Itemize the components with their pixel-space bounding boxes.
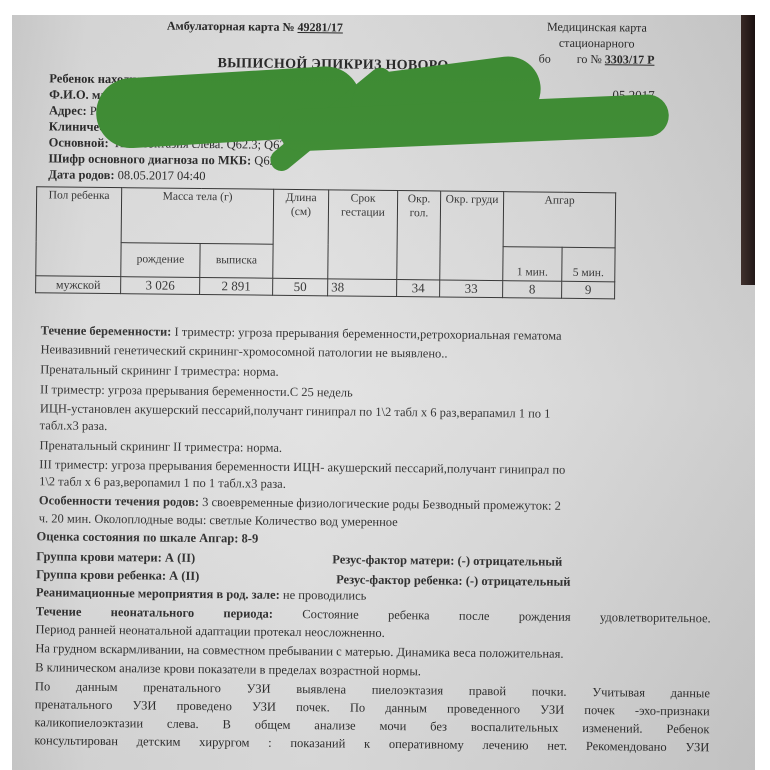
main-diagnosis-label: Основной: [49, 135, 109, 150]
medical-card-line2: стационарного [517, 34, 677, 52]
cell-gestation: 38 [328, 279, 397, 297]
child-rh-factor: Резус-фактор ребенка: (-) отрицательный [336, 571, 571, 590]
discharge-summary-page: Амбулаторная карта № 49281/17 Медицинска… [12, 15, 742, 770]
name-label: Ф.И.О. [49, 87, 89, 101]
cell-head-circumference: 34 [397, 280, 440, 297]
pregnancy-line-3: Пренатальный скрининг I триместра: норма… [40, 361, 279, 380]
cell-chest-circumference: 33 [440, 280, 503, 298]
neonatal-line-2: Период ранней неонатальной адаптации про… [35, 621, 384, 642]
address-field: Адрес: Р [49, 103, 97, 118]
labor-text: 3 своевременные физиологические роды Без… [202, 495, 561, 513]
medical-card-line3: бого № 3303/17 Р [516, 50, 676, 68]
birth-date: Дата родов: 08.05.2017 04:40 [48, 167, 205, 184]
background-edge [741, 15, 755, 285]
cell-apgar-5min: 9 [562, 281, 615, 299]
apgar-score-label: Оценка состояния по шкале Апгар: [36, 529, 238, 545]
medical-card-block: Медицинская карта стационарного бого № 3… [516, 18, 676, 68]
table-header-row: Пол ребенка Масса тела (г) Длина (см) Ср… [36, 187, 616, 248]
header-weight: Масса тела (г) [121, 188, 274, 244]
pregnancy-line-5: ИЦН-установлен акушерский пессарий,получ… [40, 400, 551, 422]
cell-sex: мужской [36, 276, 121, 294]
resuscitation: Реанимационные мероприятия в род. зале: … [36, 584, 367, 604]
cell-weight-discharge: 2 891 [200, 277, 273, 295]
ambulatory-card: Амбулаторная карта № 49281/17 [167, 19, 343, 36]
header-length: Длина (см) [273, 189, 329, 279]
document-photo: Амбулаторная карта № 49281/17 Медицинска… [12, 15, 755, 770]
header-chest-circumference: Окр. груди [440, 191, 504, 281]
pregnancy-label: Течение беременности: [41, 323, 172, 338]
medical-card-suffix: го № [577, 52, 602, 66]
neonatal-text: Состояние ребенка после рождения удовлет… [302, 607, 711, 625]
resuscitation-value: не проводились [283, 588, 367, 603]
pregnancy-text: I триместр: угроза прерывания беременнос… [174, 325, 561, 343]
cell-apgar-1min: 8 [503, 281, 562, 299]
newborn-stats-table: Пол ребенка Масса тела (г) Длина (см) Ср… [35, 186, 616, 299]
address-label: Адрес: [49, 103, 87, 117]
pregnancy-line-2: Неивазивний генетический скрининг-хромос… [40, 341, 447, 362]
apgar-score: Оценка состояния по шкале Апгар: 8-9 [36, 528, 258, 547]
header-gestation: Срок гестации [328, 190, 398, 280]
pregnancy-line-9: 1\2 табл х 6 раз,веропамил 1 по 1 табл.х… [39, 473, 286, 493]
header-head-circumference: Окр. гол. [397, 191, 441, 280]
medical-card-prefix: бо [539, 52, 551, 66]
birth-date-label: Дата родов: [48, 167, 114, 182]
pregnancy-line-6: табл.х3 раза. [40, 417, 108, 435]
header-apgar-1min: 1 мин. [503, 246, 562, 281]
header-weight-birth: рождение [121, 242, 200, 277]
ambulatory-card-label: Амбулаторная карта № [167, 19, 295, 34]
child-blood-group: Группа крови ребенка: А (II) [36, 566, 199, 585]
medical-card-number: 3303/17 Р [605, 52, 655, 67]
apgar-score-value: 8-9 [242, 531, 259, 545]
header-apgar-5min: 5 мин. [562, 247, 615, 282]
mother-blood-group: Группа крови матери: А (II) [36, 548, 195, 567]
birth-date-value: 08.05.2017 04:40 [118, 168, 206, 183]
pregnancy-line-4: II триместр: угроза прерывания беременно… [40, 381, 353, 401]
header-apgar: Апгар [503, 192, 616, 248]
mother-rh-factor: Резус-фактор матери: (-) отрицательный [332, 551, 562, 570]
labor-label: Особенности течения родов: [39, 493, 199, 509]
header-sex: Пол ребенка [36, 187, 122, 277]
medical-card-line1: Медицинская карта [517, 18, 677, 36]
neonatal-label: Течение неонатального периода: [36, 604, 273, 620]
neonatal-line-4: В клиническом анализе крови показатели в… [35, 659, 421, 680]
icd-label: Шифр основного диагноза по МКБ: [48, 151, 251, 167]
resuscitation-label: Реанимационные мероприятия в род. зале: [36, 585, 280, 602]
icd-code: Шифр основного диагноза по МКБ: Q62.3 [48, 151, 285, 168]
header-weight-discharge: выписка [200, 243, 273, 278]
ambulatory-card-number: 49281/17 [297, 20, 342, 34]
cell-length: 50 [273, 278, 328, 296]
cell-weight-birth: 3 026 [121, 277, 200, 295]
pregnancy-line-7: Пренатальный скрининг II триместра: норм… [39, 437, 282, 457]
